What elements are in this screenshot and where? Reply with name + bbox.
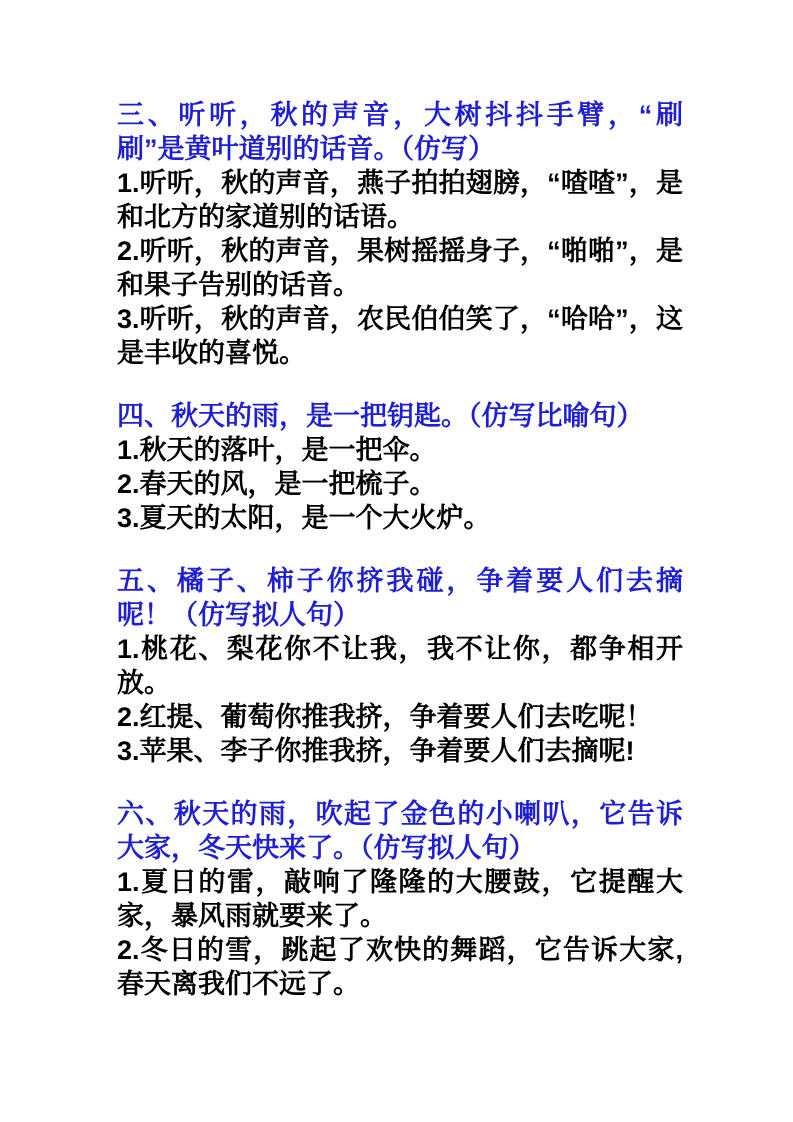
sentence-item: 1.听听，秋的声音，燕子拍拍翅膀，“喳喳”，是和北方的家道别的话语。 (117, 166, 683, 234)
exercise-section-5: 五、橘子、柿子你挤我碰，争着要人们去摘呢！（仿写拟人句） 1.桃花、梨花你不让我… (117, 564, 683, 768)
sentence-item: 1.秋天的落叶，是一把伞。 (117, 433, 683, 467)
sentence-item: 3.苹果、李子你推我挤，争着要人们去摘呢! (117, 734, 683, 768)
section-heading: 三、听听，秋的声音，大树抖抖手臂，“刷刷”是黄叶道别的话音。（仿写） (117, 98, 683, 166)
sentence-item: 1.夏日的雷，敲响了隆隆的大腰鼓，它提醒大家，暴风雨就要来了。 (117, 865, 683, 933)
exercise-section-6: 六、秋天的雨，吹起了金色的小喇叭，它告诉大家，冬天快来了。（仿写拟人句） 1.夏… (117, 797, 683, 1001)
sentence-item: 2.听听，秋的声音，果树摇摇身子，“啪啪”，是和果子告别的话音。 (117, 234, 683, 302)
sentence-item: 2.红提、葡萄你推我挤，争着要人们去吃呢！ (117, 700, 683, 734)
section-heading: 四、秋天的雨，是一把钥匙。（仿写比喻句） (117, 399, 683, 433)
exercise-section-4: 四、秋天的雨，是一把钥匙。（仿写比喻句） 1.秋天的落叶，是一把伞。 2.春天的… (117, 399, 683, 535)
section-heading: 六、秋天的雨，吹起了金色的小喇叭，它告诉大家，冬天快来了。（仿写拟人句） (117, 797, 683, 865)
section-heading: 五、橘子、柿子你挤我碰，争着要人们去摘呢！（仿写拟人句） (117, 564, 683, 632)
sentence-item: 3.听听，秋的声音，农民伯伯笑了，“哈哈”，这是丰收的喜悦。 (117, 302, 683, 370)
sentence-item: 2.春天的风，是一把梳子。 (117, 467, 683, 501)
sentence-item: 1.桃花、梨花你不让我，我不让你，都争相开放。 (117, 632, 683, 700)
document-page: 三、听听，秋的声音，大树抖抖手臂，“刷刷”是黄叶道别的话音。（仿写） 1.听听，… (0, 0, 793, 1122)
sentence-item: 3.夏天的太阳，是一个大火炉。 (117, 501, 683, 535)
sentence-item: 2.冬日的雪，跳起了欢快的舞蹈，它告诉大家,春天离我们不远了。 (117, 933, 683, 1001)
exercise-section-3: 三、听听，秋的声音，大树抖抖手臂，“刷刷”是黄叶道别的话音。（仿写） 1.听听，… (117, 98, 683, 370)
document-content: 三、听听，秋的声音，大树抖抖手臂，“刷刷”是黄叶道别的话音。（仿写） 1.听听，… (117, 98, 683, 1001)
